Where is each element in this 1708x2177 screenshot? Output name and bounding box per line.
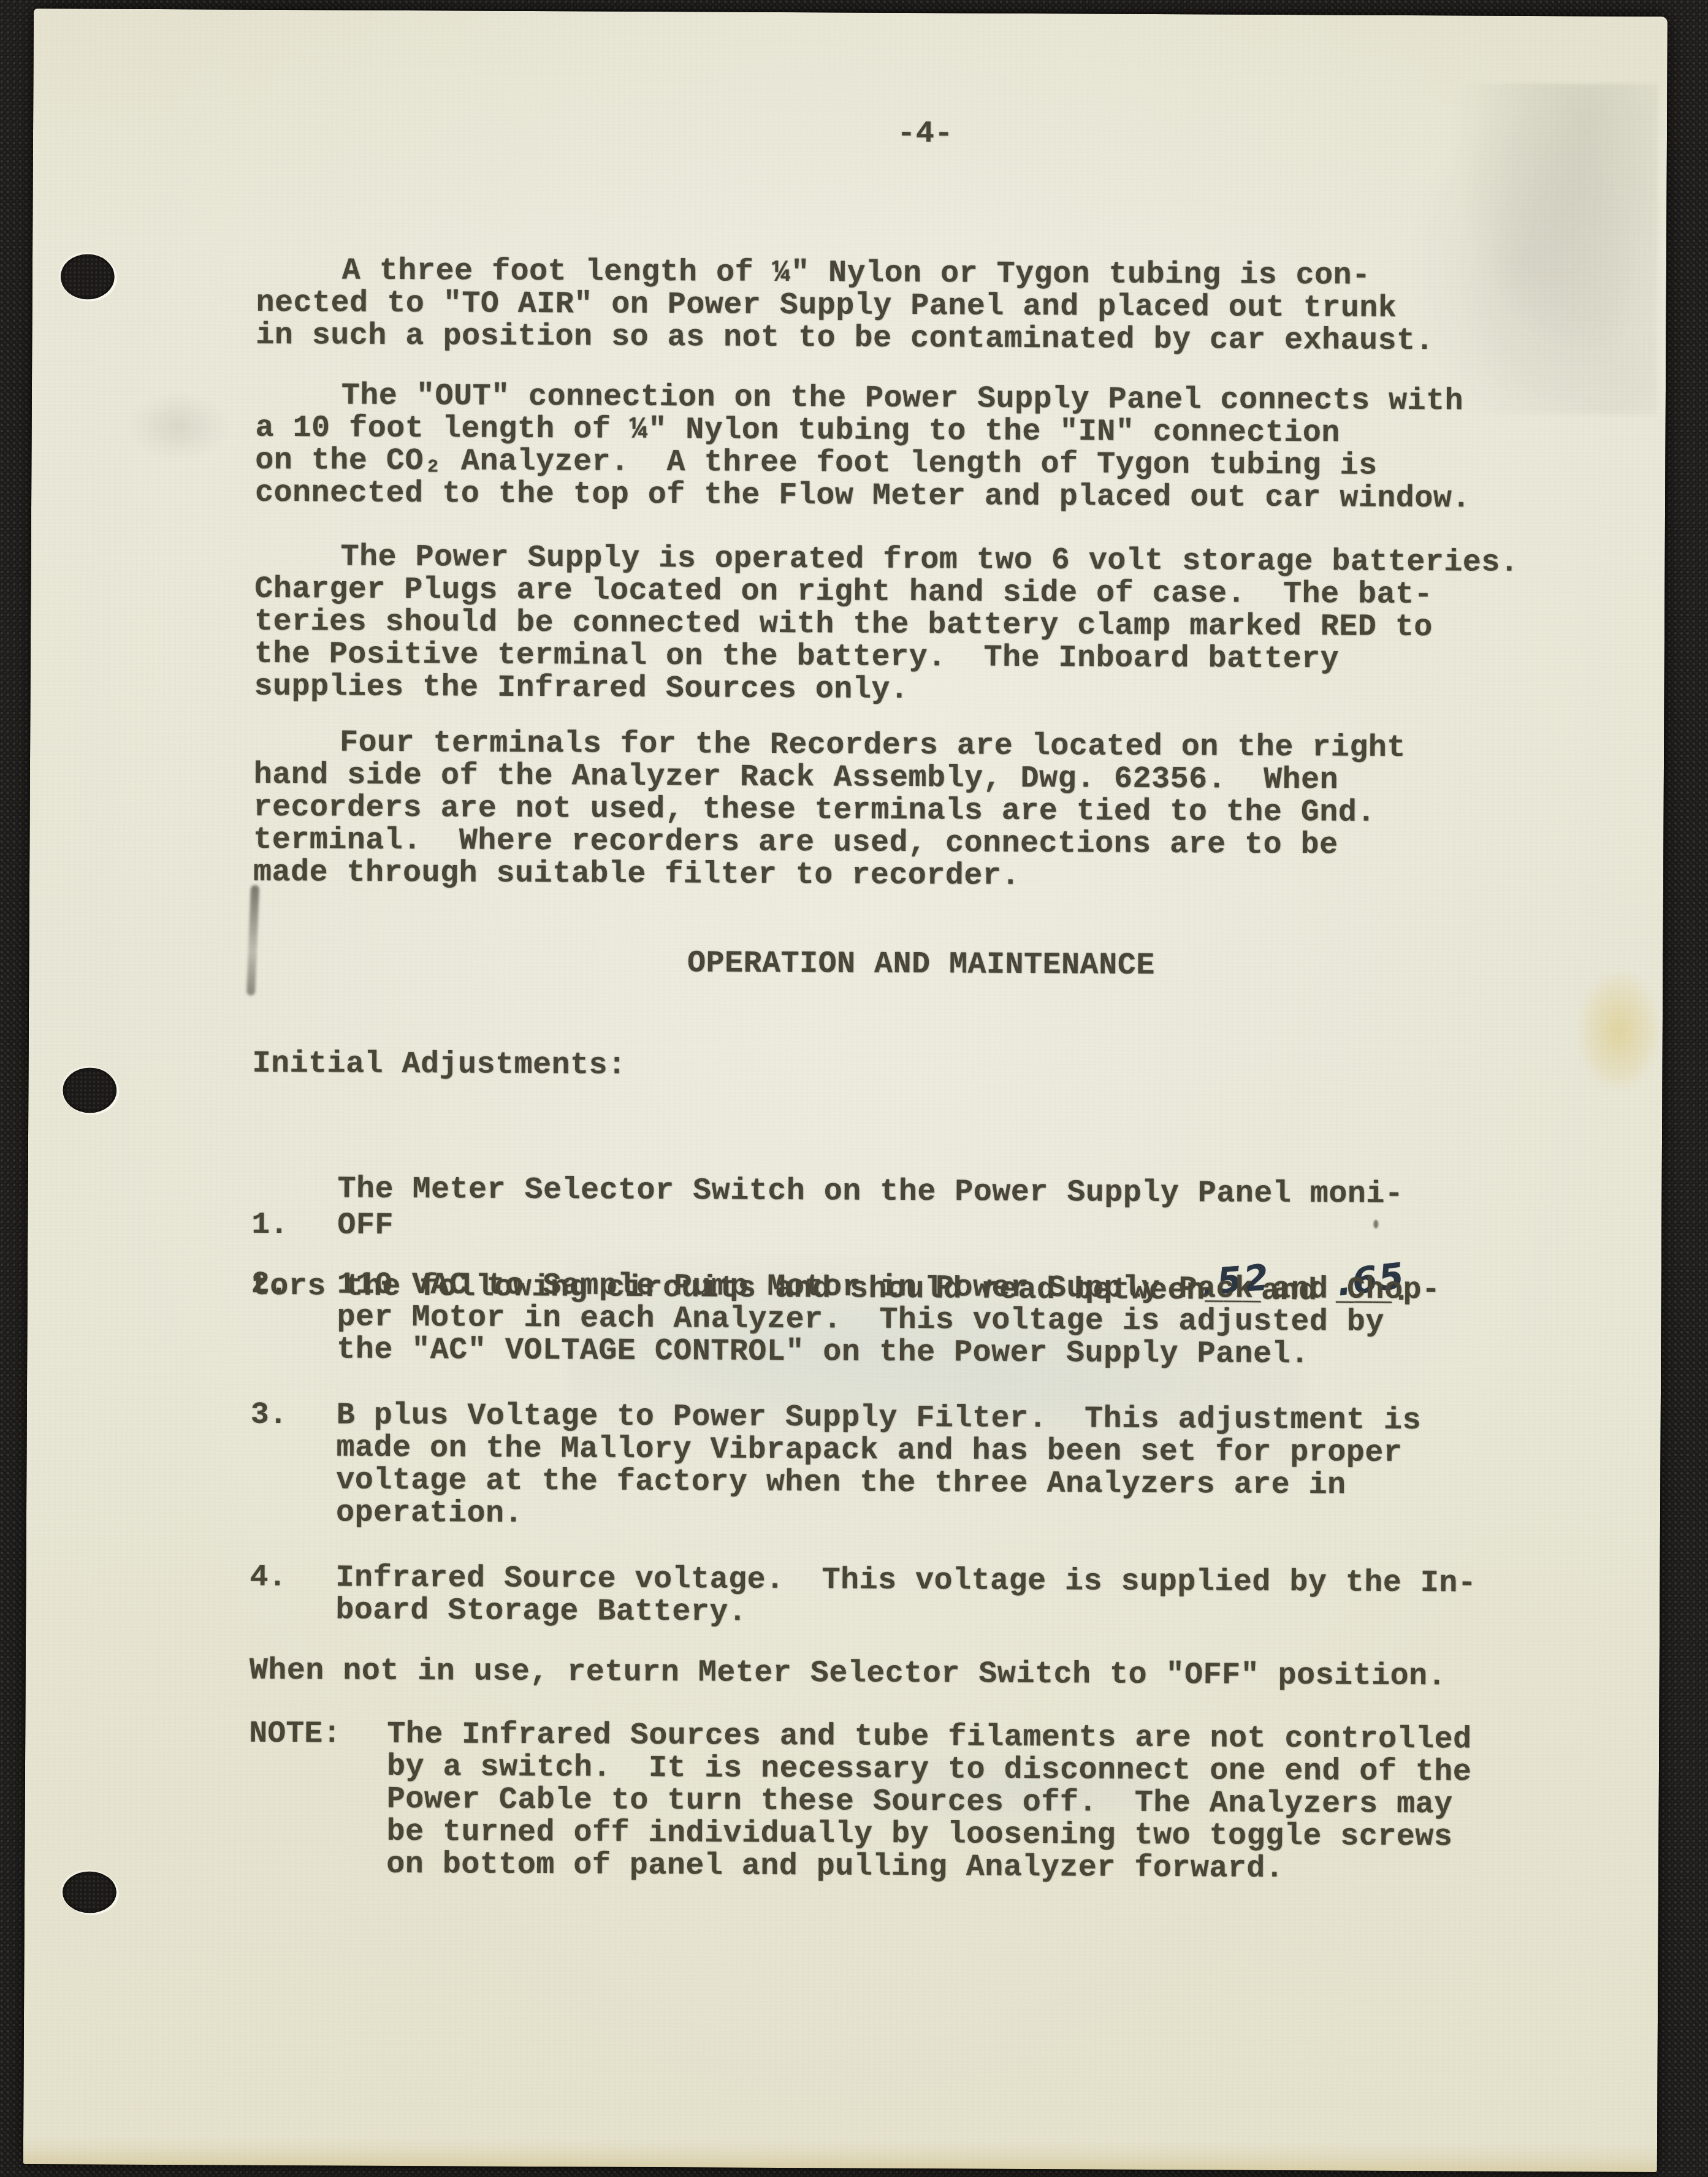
list-item-text: B plus Voltage to Power Supply Filter. T… <box>336 1399 1587 1535</box>
note-text: The Infrared Sources and tube filaments … <box>386 1718 1585 1887</box>
punch-hole-bottom <box>63 1871 116 1913</box>
list-number: 2. <box>251 1268 337 1302</box>
list-item-text: OFF <box>337 1209 1588 1248</box>
list-item-text: 110 VAC to Sample Pump Motor in Power Su… <box>337 1268 1588 1372</box>
list-number: 3. <box>251 1399 337 1432</box>
meter-selector-line-1: The Meter Selector Switch on the Power S… <box>251 1173 1588 1212</box>
note-label: NOTE: <box>249 1718 387 1751</box>
list-item-3-bplus-voltage: 3. B plus Voltage to Power Supply Filter… <box>250 1399 1587 1536</box>
list-number: 4. <box>250 1561 335 1595</box>
section-heading-operation-maintenance: OPERATION AND MAINTENANCE <box>253 945 1589 985</box>
list-item-2-110vac: 2. 110 VAC to Sample Pump Motor in Power… <box>251 1268 1588 1373</box>
note-block: NOTE: The Infrared Sources and tube fila… <box>248 1718 1585 1887</box>
punch-hole-middle <box>63 1067 116 1113</box>
paper-sheet: -4- A three foot length of ¼" Nylon or T… <box>23 9 1668 2172</box>
list-number: 1. <box>251 1209 337 1242</box>
paragraph-return-to-off: When not in use, return Meter Selector S… <box>250 1655 1586 1694</box>
list-item-1-off: 1. OFF <box>251 1209 1588 1248</box>
list-item-4-infrared-source: 4. Infrared Source voltage. This voltage… <box>250 1561 1586 1633</box>
subsection-initial-adjustments: Initial Adjustments: <box>252 1048 1588 1087</box>
yellow-stain <box>1579 972 1659 1089</box>
punch-hole-top <box>61 254 115 299</box>
paragraph-out-connection: The "OUT" connection on the Power Supply… <box>255 379 1592 516</box>
ink-scribble-mark <box>246 885 259 996</box>
list-item-text: Infrared Source voltage. This voltage is… <box>335 1561 1586 1633</box>
paper-smudge <box>123 389 234 463</box>
paragraph-recorder-terminals: Four terminals for the Recorders are loc… <box>253 726 1590 896</box>
page-number: -4- <box>257 115 1593 154</box>
scan-background: { "page": { "number": "-4-", "body": { "… <box>0 0 1708 2177</box>
paragraph-air-tubing: A three foot length of ¼" Nylon or Tygon… <box>256 254 1593 359</box>
paragraph-power-supply-batteries: The Power Supply is operated from two 6 … <box>254 541 1591 710</box>
